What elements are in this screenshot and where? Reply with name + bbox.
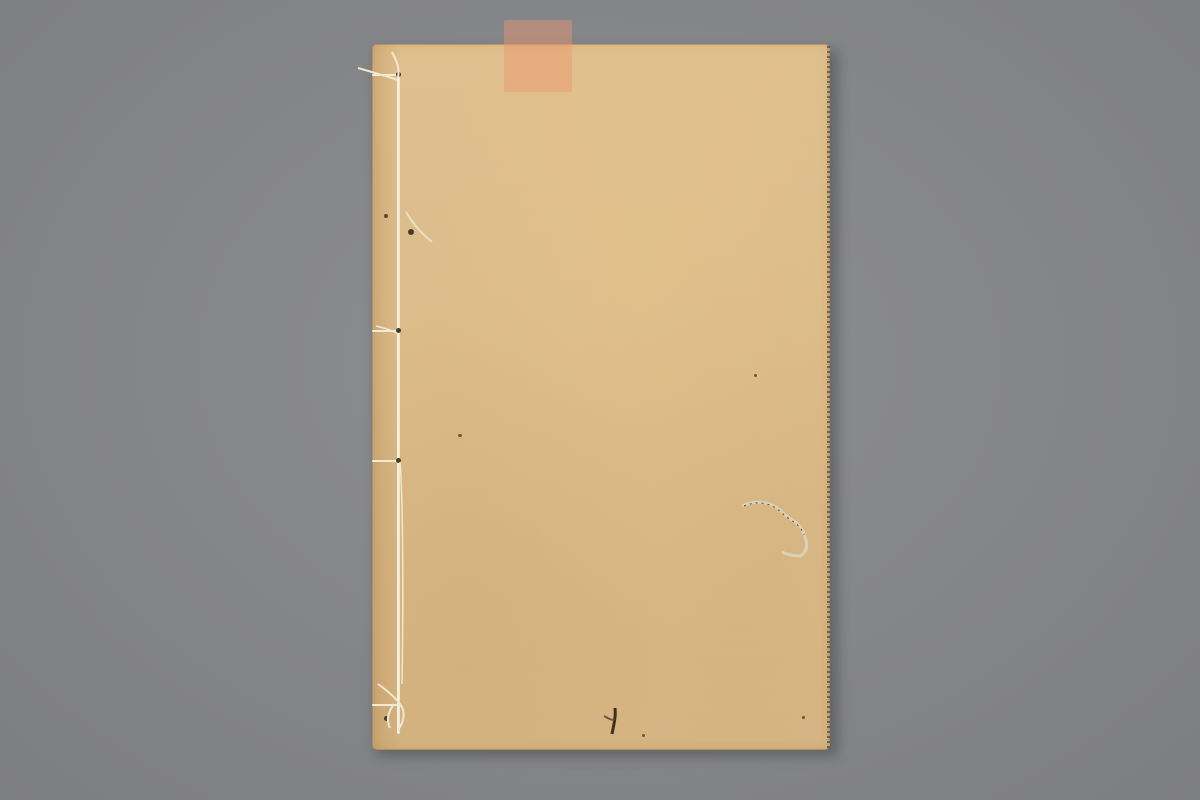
cover-speck [802,716,805,719]
cover-speck [642,734,645,737]
cover-speck [458,434,462,437]
book-cover [372,44,830,750]
cover-speck [754,374,757,377]
thread-details [372,44,830,750]
